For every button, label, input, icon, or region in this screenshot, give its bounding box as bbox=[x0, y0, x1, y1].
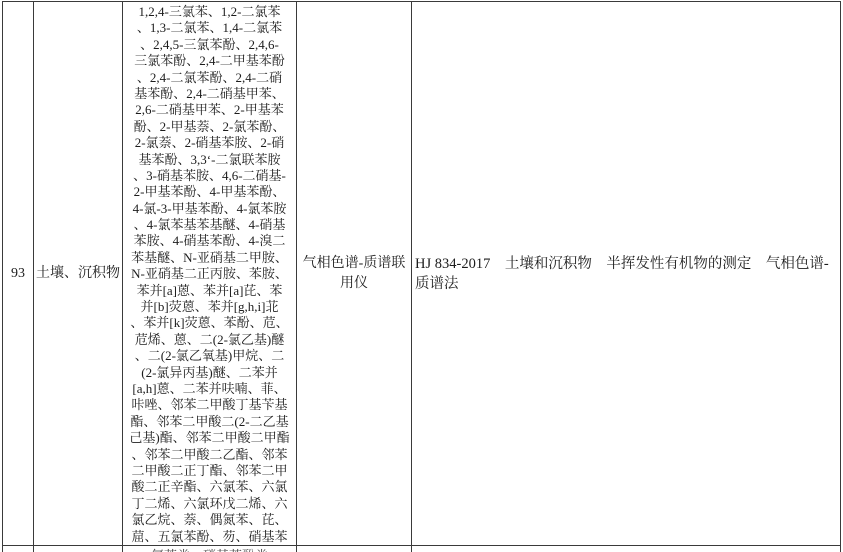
analytes-line: 、2,4-二氯苯酚、2,4-二硝 bbox=[123, 70, 296, 86]
analytes-line: 、2,4,5-三氯苯酚、2,4,6- bbox=[123, 37, 296, 53]
instrument-label: 气相色谱-质谱联用仪 bbox=[297, 254, 411, 294]
analytes-line: 己基)酯、邻苯二甲酸二甲酯 bbox=[123, 430, 296, 446]
analytes-line: 、邻苯二甲酸二乙酯、邻苯 bbox=[123, 447, 296, 463]
analytes-line: 并[b]荧蒽、苯并[g,h,i]苝 bbox=[123, 299, 296, 315]
sample-type-cell: 土壤、沉积物 bbox=[33, 2, 122, 545]
next-row-analytes-cell: 氯苯类、硝基苯酚类 bbox=[122, 546, 296, 552]
analytes-line: 、二(2-氯乙氧基)甲烷、二 bbox=[123, 348, 296, 364]
analytes-line: 酸二正辛酯、六氯苯、六氯 bbox=[123, 479, 296, 495]
instrument-line: 用仪 bbox=[297, 274, 411, 294]
method-cell: HJ 834-2017 土壤和沉积物 半挥发性有机物的测定 气相色谱-质谱法 bbox=[411, 2, 841, 545]
next-row-partial: 氯苯类、硝基苯酚类 bbox=[2, 546, 841, 552]
analytes-line: N-亚硝基二正丙胺、苯胺、 bbox=[123, 266, 296, 282]
next-row-method-cell bbox=[411, 546, 841, 552]
analytes-line: 基苯酚、3,3‘-二氯联苯胺 bbox=[123, 152, 296, 168]
analytes-line: 苊烯、蒽、二(2-氯乙基)醚 bbox=[123, 332, 296, 348]
analytes-line: 酚、2-甲基萘、2-氯苯酚、 bbox=[123, 119, 296, 135]
analytes-line: 1,2,4-三氯苯、1,2-二氯苯 bbox=[123, 4, 296, 20]
analytes-line: 、4-氯苯基苯基醚、4-硝基 bbox=[123, 217, 296, 233]
analytes-line: 丁二烯、六氯环戊二烯、六 bbox=[123, 496, 296, 512]
analytes-line: 2,6-二硝基甲苯、2-甲基苯 bbox=[123, 102, 296, 118]
analytes-line: 咔唑、邻苯二甲酸丁基苄基 bbox=[123, 397, 296, 413]
analytes-line: 、3-硝基苯胺、4,6-二硝基- bbox=[123, 168, 296, 184]
analytes-list: 1,2,4-三氯苯、1,2-二氯苯、1,3-二氯苯、1,4-二氯苯、2,4,5-… bbox=[123, 2, 296, 545]
next-row-instrument-cell bbox=[296, 546, 411, 552]
analytes-line: 酯、邻苯二甲酸二(2-二乙基 bbox=[123, 414, 296, 430]
analytes-line: 、苯并[k]荧蒽、苯酚、苊、 bbox=[123, 315, 296, 331]
analytes-line: 苯胺、4-硝基苯酚、4-溴二 bbox=[123, 233, 296, 249]
analytes-line: 氯乙烷、萘、偶氮苯、芘、 bbox=[123, 512, 296, 528]
analytes-line: [a,h]蒽、二苯并呋喃、菲、 bbox=[123, 381, 296, 397]
next-row-index-cell bbox=[2, 546, 33, 552]
analytes-line: 2-氯萘、2-硝基苯胺、2-硝 bbox=[123, 135, 296, 151]
method-standard-label: HJ 834-2017 土壤和沉积物 半挥发性有机物的测定 气相色谱-质谱法 bbox=[412, 254, 840, 294]
sample-type-label: 土壤、沉积物 bbox=[36, 265, 120, 283]
analytes-line: 苯并[a]蒽、苯并[a]芘、苯 bbox=[123, 283, 296, 299]
row-index-cell: 93 bbox=[2, 2, 33, 545]
certification-scope-table: 93 土壤、沉积物 1,2,4-三氯苯、1,2-二氯苯、1,3-二氯苯、1,4-… bbox=[2, 1, 841, 552]
row-index: 93 bbox=[11, 265, 25, 283]
analytes-line: 、1,3-二氯苯、1,4-二氯苯 bbox=[123, 20, 296, 36]
instrument-cell: 气相色谱-质谱联用仪 bbox=[296, 2, 411, 545]
analytes-line: 苯基醚、N-亚硝基二甲胺、 bbox=[123, 250, 296, 266]
analytes-cell: 1,2,4-三氯苯、1,2-二氯苯、1,3-二氯苯、1,4-二氯苯、2,4,5-… bbox=[122, 2, 296, 545]
analytes-line: 䓛、五氯苯酚、芴、硝基苯 bbox=[123, 529, 296, 545]
analytes-line: 2-甲基苯酚、4-甲基苯酚、 bbox=[123, 184, 296, 200]
analytes-line: 基苯酚、2,4-二硝基甲苯、 bbox=[123, 86, 296, 102]
next-row-clipped-text: 氯苯类、硝基苯酚类 bbox=[123, 548, 296, 552]
next-row-sample-type-cell bbox=[33, 546, 122, 552]
analytes-line: 三氯苯酚、2,4-二甲基苯酚 bbox=[123, 53, 296, 69]
table-row: 93 土壤、沉积物 1,2,4-三氯苯、1,2-二氯苯、1,3-二氯苯、1,4-… bbox=[2, 1, 841, 546]
instrument-line: 气相色谱-质谱联 bbox=[297, 254, 411, 274]
method-line: HJ 834-2017 土壤和沉积物 半挥发性有机物的测定 气相色谱- bbox=[415, 254, 840, 274]
analytes-line: 二甲酸二正丁酯、邻苯二甲 bbox=[123, 463, 296, 479]
method-line: 质谱法 bbox=[415, 274, 840, 294]
analytes-line: (2-氯异丙基)醚、二苯并 bbox=[123, 365, 296, 381]
analytes-line: 4-氯-3-甲基苯酚、4-氯苯胺 bbox=[123, 201, 296, 217]
